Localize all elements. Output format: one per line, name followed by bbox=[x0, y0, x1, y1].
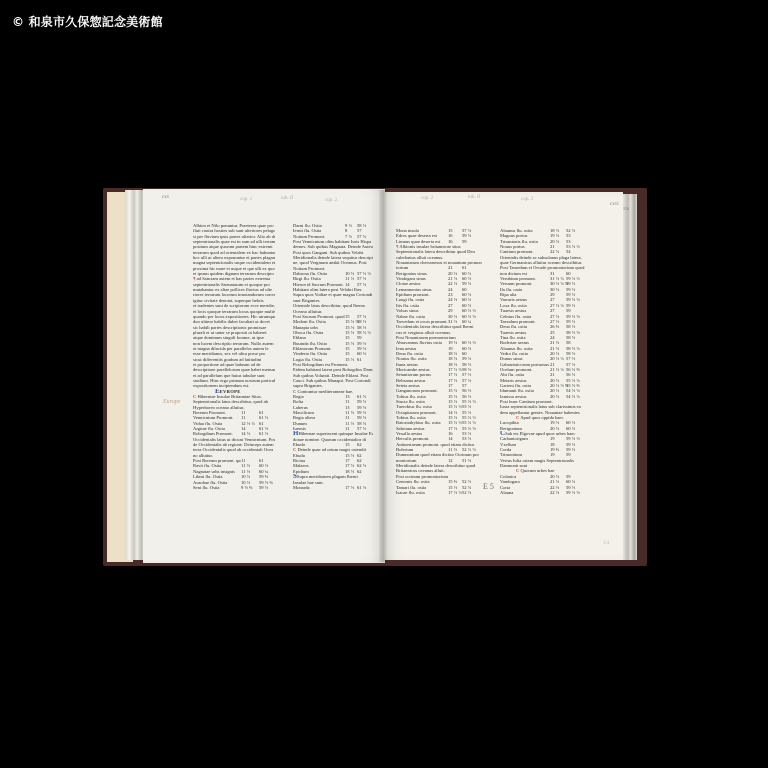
longitude: 9 ½ ⅔ bbox=[241, 485, 259, 490]
text-line: denses. Sub quibus Magnata. Deinde Autea bbox=[293, 244, 373, 249]
text-span: Albionis insulae britannicae situs bbox=[399, 244, 460, 249]
text-line: magna septentrionalis usque occidentalem… bbox=[193, 260, 275, 265]
table-row: Robogdium Promont.14 ½61 ½ bbox=[193, 431, 275, 436]
pencil-note: tab. II bbox=[468, 195, 480, 200]
right-column-2: Alaunus flu. ostia18 ½52 ½ Magnus portus… bbox=[500, 228, 592, 495]
text-span: Contrantur mediterraneae hae. bbox=[297, 389, 353, 394]
table-row: Monarda17 ½61 ½ bbox=[293, 485, 373, 490]
text-span: Apud quos oppida haec bbox=[520, 415, 563, 420]
red-initial: C bbox=[516, 468, 519, 473]
text-span: Hibernae superiacent quinque Insulae Eu bbox=[298, 431, 373, 436]
text-span: Hiberniae Insulae Britanniae Situs. bbox=[197, 394, 261, 399]
text-line: descriptione parallelorum quae habet men… bbox=[193, 367, 275, 372]
right-folio-number: cxvi bbox=[610, 202, 619, 207]
red-initial: C bbox=[516, 415, 519, 420]
right-folio-subnumber: 116 bbox=[623, 206, 629, 211]
longitude: 22 ½ bbox=[550, 490, 566, 495]
red-initial: ¶ bbox=[193, 276, 195, 281]
text-span: Sub eis Elgovae apud quos urbes haec bbox=[505, 431, 575, 436]
text-span: Supra meridionem plagam Iberni bbox=[297, 474, 358, 479]
longitude: 17 ½ bbox=[345, 485, 357, 490]
pencil-note: cap. 2 bbox=[421, 196, 433, 201]
text-line: Septentrionalis latus describitur, quod … bbox=[193, 399, 275, 404]
pencil-note: cap. 2 bbox=[325, 198, 337, 203]
text-span: Deinde quae ad ortum magis ostendit bbox=[297, 447, 366, 452]
place-name: Seni flu. Ostia bbox=[193, 485, 241, 490]
text-line: ¶ ad Sanctam autem et has partes extrema bbox=[193, 276, 275, 281]
text-line: Septentrionalis latera describitur quod … bbox=[396, 249, 486, 254]
text-line: HHibernae superiacent quinque Insulae Eu bbox=[293, 431, 373, 436]
text-line: Iuxta septentrionalis latus sub clarissi… bbox=[500, 404, 592, 409]
text-line: fluit contra hosties sub sunt ulteriores… bbox=[193, 228, 275, 233]
latitude: 54 ½ ⅓ bbox=[566, 394, 580, 399]
latitude: 59 ½ ½ bbox=[566, 490, 580, 495]
left-table-column: Darni flu. Ostia9 ½58 ½ Iernii flu. Osti… bbox=[293, 223, 373, 490]
copyright-caption: © 和泉市久保惣記念美術館 bbox=[12, 13, 163, 30]
text-line: atque dominum singuli forame, ut ipse bbox=[193, 335, 275, 340]
longitude: 14 ½ bbox=[241, 431, 259, 436]
text-line: duo ultimo habilis dubet facultati ut do… bbox=[193, 319, 275, 324]
open-book: cxv cap. 1 tab. II cap. 2 Europe Albion … bbox=[103, 186, 647, 568]
longitude: 17 ½ ½ bbox=[448, 490, 462, 495]
latitude: 53 ½ bbox=[462, 436, 471, 441]
longitude: 19 bbox=[550, 452, 566, 457]
text-line: Orientale latus describitur, quod Iberno bbox=[293, 303, 373, 308]
red-initial: C bbox=[193, 394, 196, 399]
place-name: Robogdium Promont. bbox=[193, 431, 241, 436]
latitude: 52 ½ bbox=[462, 490, 471, 495]
table-row: Isacae flu. ostia17 ½ ½52 ½ bbox=[396, 490, 486, 495]
heading-text: EVROPE bbox=[220, 389, 241, 394]
text-span: ad Sanctam autem et has partes extrema bbox=[197, 276, 270, 281]
place-name: Isacae flu. ostia bbox=[396, 490, 448, 495]
text-line: Occidentalis latera describitur quod Ibe… bbox=[396, 324, 486, 329]
place-name: Monarda bbox=[293, 485, 345, 490]
place-name: Cantium promont. bbox=[500, 249, 550, 254]
red-initial: C bbox=[293, 389, 296, 394]
signature-mark: E 5 bbox=[483, 482, 494, 491]
place-name: Herculis promont. bbox=[396, 436, 448, 441]
latitude: 61 bbox=[357, 357, 362, 362]
right-column-1: Mona insula1557 ½ Edros quae deserta est… bbox=[396, 228, 486, 495]
book-gutter bbox=[379, 190, 387, 562]
pencil-note: cap. 1 bbox=[240, 197, 252, 202]
place-name: Trimontium bbox=[500, 452, 550, 457]
text-line: ne, quod Vergiuum ambit Oceanus. Post bbox=[293, 260, 373, 265]
margin-note: Europe bbox=[163, 399, 180, 405]
text-line: terra Occidentalis quod ab occidentali O… bbox=[193, 447, 275, 452]
pencil-note: tab. II bbox=[281, 196, 293, 201]
text-line: et tradentes sunt de scriptorum ecce mer… bbox=[193, 303, 275, 308]
longitude: 22 ⅓ bbox=[550, 249, 566, 254]
left-folio-number: cxv bbox=[162, 195, 169, 200]
longitude: 14 bbox=[448, 436, 462, 441]
text-line: esse meridianos, sex vel ultra prose pro bbox=[193, 351, 275, 356]
latitude: 59 bbox=[566, 452, 571, 457]
table-row: Seni flu. Ostia9 ½ ⅔59 ½ bbox=[193, 485, 275, 490]
latitude: 61 ½ bbox=[357, 485, 366, 490]
place-name: Alauna bbox=[500, 490, 550, 495]
pencil-note-bottom: 3/4 bbox=[603, 541, 609, 546]
pencil-note: cap. 3 bbox=[521, 197, 533, 202]
text-span: Quorum urbes hae bbox=[520, 468, 554, 473]
latitude: 61 ½ bbox=[259, 431, 268, 436]
text-line: positum atque quorum partem hinc extremi bbox=[193, 244, 275, 249]
left-prose-column: Albion et Nilo ponuntur. Praeterea quae … bbox=[193, 223, 275, 490]
red-initial: C bbox=[293, 447, 296, 452]
latitude: 59 bbox=[462, 239, 467, 244]
latitude: 54 bbox=[566, 249, 571, 254]
latitude: 59 ½ bbox=[259, 485, 268, 490]
right-page-edges bbox=[623, 194, 637, 560]
table-row: Alauna22 ½59 ½ ½ bbox=[500, 490, 592, 495]
text-line: Eidem habitant latera post Robogdios Dar… bbox=[293, 367, 373, 372]
